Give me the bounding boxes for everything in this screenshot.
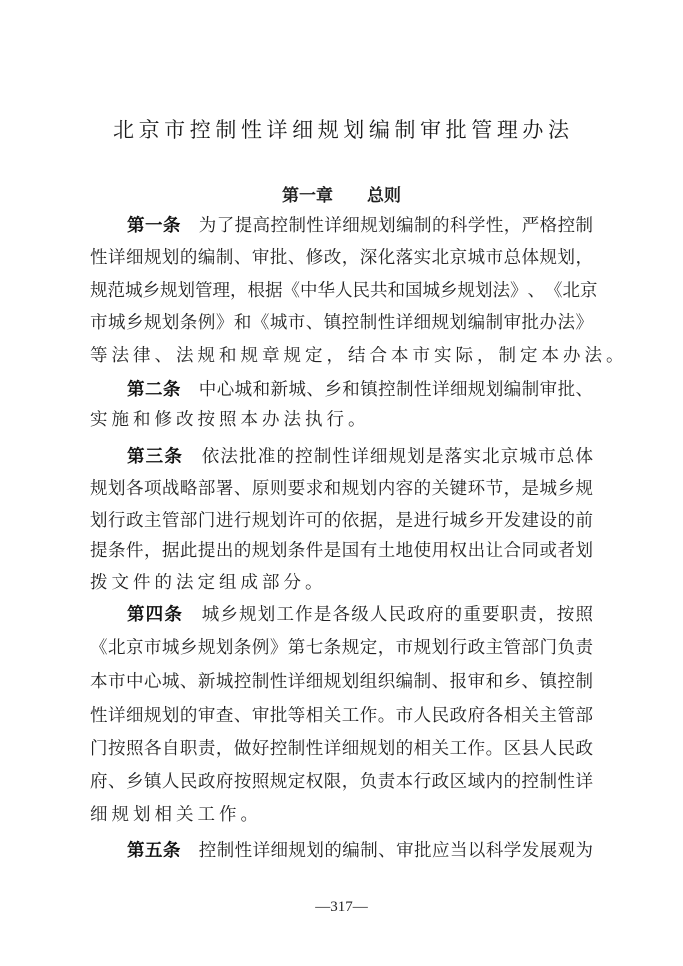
article-first-line: 第五条 控​制​性​详​细​规​划​的​编​制​、​审​批​应​当​以​科​学​… xyxy=(127,838,593,864)
text-line: 性​详​细​规​划​的​审​查​、​审​批​等​相​关​工​作​。​市​人​民​… xyxy=(90,703,593,729)
text-line: 划​行​政​主​管​部​门​进​行​规​划​许​可​的​依​据​，​是​进​行​… xyxy=(90,508,593,534)
text-line: 本​市​中​心​城​、​新​城​控​制​性​详​细​规​划​组​织​编​制​、​… xyxy=(90,669,593,695)
article-label: 第五条 xyxy=(127,841,181,861)
line-text: 门​按​照​各​自​职​责​，​做​好​控​制​性​详​细​规​划​的​相​关​… xyxy=(90,739,593,759)
line-text: 城​乡​规​划​工​作​是​各​级​人​民​政​府​的​重​要​职​责​，​按​… xyxy=(202,605,593,625)
line-text: 拨文件的法定组成部分。 xyxy=(90,573,327,593)
line-text: 本​市​中​心​城​、​新​城​控​制​性​详​细​规​划​组​织​编​制​、​… xyxy=(90,672,593,692)
article-label: 第一条 xyxy=(127,216,181,236)
line-text: 控​制​性​详​细​规​划​的​编​制​、​审​批​应​当​以​科​学​发​展​… xyxy=(199,841,593,861)
line-text: 细规划相关工作。 xyxy=(90,805,262,825)
line-text: 提​条​件​，​据​此​提​出​的​规​划​条​件​是​国​有​土​地​使​用​… xyxy=(90,541,593,561)
article-label: 第四条 xyxy=(127,605,183,625)
text-line: 细规划相关工作。 xyxy=(90,802,593,828)
text-line: 市​城​乡​规​划​条​例​》​和​《​城​市​、​镇​控​制​性​详​细​规​… xyxy=(90,310,593,336)
page-number: —317— xyxy=(0,895,683,919)
article-first-line: 第三条 依​法​批​准​的​控​制​性​详​细​规​划​是​落​实​北​京​城​… xyxy=(127,444,593,470)
text-line: 提​条​件​，​据​此​提​出​的​规​划​条​件​是​国​有​土​地​使​用​… xyxy=(90,538,593,564)
line-text: 市​城​乡​规​划​条​例​》​和​《​城​市​、​镇​控​制​性​详​细​规​… xyxy=(90,313,593,333)
document-title: 北京市控制性详细规划编制审批管理办法 xyxy=(113,114,569,146)
text-line: 门​按​照​各​自​职​责​，​做​好​控​制​性​详​细​规​划​的​相​关​… xyxy=(90,736,593,762)
text-line: 等法律、法规和规章规定，结合本市实际，制定本办法。 xyxy=(90,343,593,369)
chapter-name: 总则 xyxy=(367,182,401,210)
line-text: 《​北​京​市​城​乡​规​划​条​例​》​第​七​条​规​定​，​市​规​划​… xyxy=(90,638,593,658)
article-first-line: 第二条 中​心​城​和​新​城​、​乡​和​镇​控​制​性​详​细​规​划​编​… xyxy=(127,377,593,403)
line-text: 划​行​政​主​管​部​门​进​行​规​划​许​可​的​依​据​，​是​进​行​… xyxy=(90,511,593,531)
line-text: 规​范​城​乡​规​划​管​理​，​根​据​《​中​华​人​民​共​和​国​城​… xyxy=(90,281,598,301)
article-first-line: 第一条 为​了​提​高​控​制​性​详​细​规​划​编​制​的​科​学​性​，​… xyxy=(127,213,593,239)
line-text: 府​、​乡​镇​人​民​政​府​按​照​规​定​权​限​，​负​责​本​行​政​… xyxy=(90,772,593,792)
text-line: 规​范​城​乡​规​划​管​理​，​根​据​《​中​华​人​民​共​和​国​城​… xyxy=(90,278,593,304)
line-text: 性​详​细​规​划​的​编​制​、​审​批​、​修​改​，​深​化​落​实​北​… xyxy=(90,248,593,268)
article-label: 第二条 xyxy=(127,380,181,400)
line-text: 为​了​提​高​控​制​性​详​细​规​划​编​制​的​科​学​性​，​严​格​… xyxy=(199,216,593,236)
article-first-line: 第四条 城​乡​规​划​工​作​是​各​级​人​民​政​府​的​重​要​职​责​… xyxy=(127,602,593,628)
text-line: 实施和修改按照本办法执行。 xyxy=(90,407,593,433)
document-page: 北京市控制性详细规划编制审批管理办法 第一章总则 第一条 为​了​提​高​控​制… xyxy=(0,0,683,966)
chapter-number: 第一章 xyxy=(282,182,333,210)
text-line: 府​、​乡​镇​人​民​政​府​按​照​规​定​权​限​，​负​责​本​行​政​… xyxy=(90,769,593,795)
text-line: 《​北​京​市​城​乡​规​划​条​例​》​第​七​条​规​定​，​市​规​划​… xyxy=(90,635,593,661)
line-text: 实施和修改按照本办法执行。 xyxy=(90,410,370,430)
text-line: 拨文件的法定组成部分。 xyxy=(90,570,593,596)
line-text: 中​心​城​和​新​城​、​乡​和​镇​控​制​性​详​细​规​划​编​制​审​… xyxy=(199,380,593,400)
line-text: 依​法​批​准​的​控​制​性​详​细​规​划​是​落​实​北​京​城​市​总​… xyxy=(202,447,593,467)
text-line: 性​详​细​规​划​的​编​制​、​审​批​、​修​改​，​深​化​落​实​北​… xyxy=(90,245,593,271)
article-label: 第三条 xyxy=(127,447,183,467)
line-text: 性​详​细​规​划​的​审​查​、​审​批​等​相​关​工​作​。​市​人​民​… xyxy=(90,706,593,726)
line-text: 规​划​各​项​战​略​部​署​、​原​则​要​求​和​规​划​内​容​的​关​… xyxy=(90,479,593,499)
chapter-heading: 第一章总则 xyxy=(0,182,683,210)
text-line: 规​划​各​项​战​略​部​署​、​原​则​要​求​和​规​划​内​容​的​关​… xyxy=(90,476,593,502)
line-text: 等法律、法规和规章规定，结合本市实际，制定本办法。 xyxy=(90,346,628,366)
